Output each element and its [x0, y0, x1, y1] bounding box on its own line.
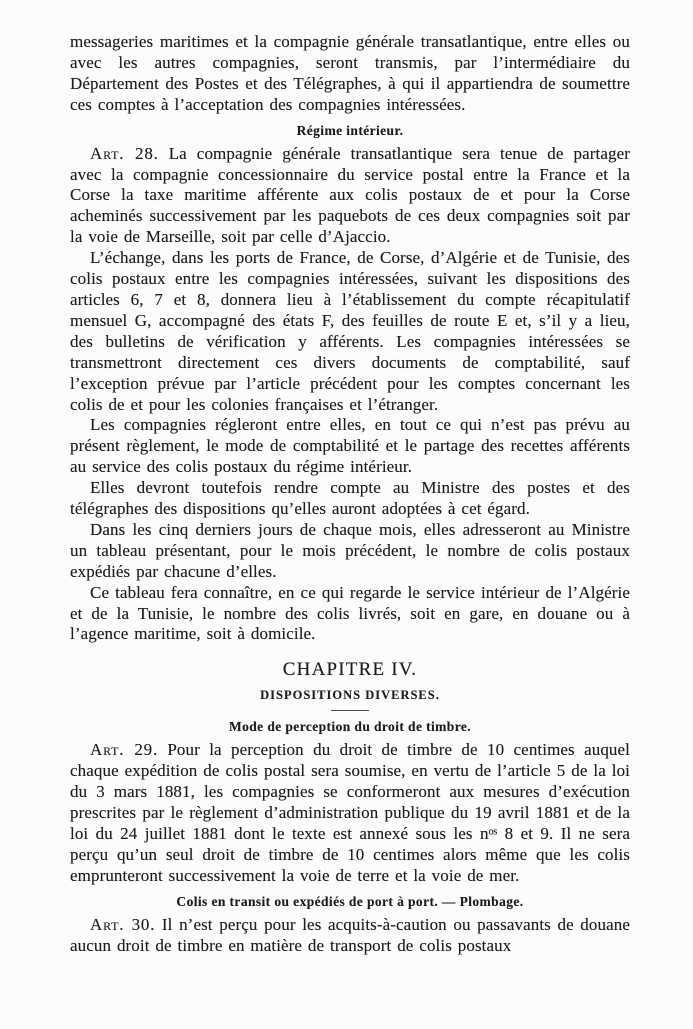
paragraph-echange: L’échange, dans les ports de France, de … — [70, 248, 630, 415]
article-29-label: Art. 29. — [90, 740, 158, 759]
article-28-label: Art. 28. — [90, 144, 159, 163]
paragraph-compagnies-regleront: Les compagnies régleront entre elles, en… — [70, 415, 630, 478]
paragraph-article-29: Art. 29. Pour la perception du droit de … — [70, 740, 630, 886]
paragraph-article-28: Art. 28. La compagnie générale transatla… — [70, 144, 630, 249]
heading-colis-en-transit: Colis en transit ou expédiés de port à p… — [70, 894, 630, 910]
chapter-heading: CHAPITRE IV. — [70, 659, 630, 681]
heading-mode-de-perception: Mode de perception du droit de timbre. — [70, 719, 630, 735]
paragraph-ce-tableau: Ce tableau fera connaître, en ce qui reg… — [70, 583, 630, 646]
paragraph-continuation: messageries maritimes et la compagnie gé… — [70, 32, 630, 116]
paragraph-elles-devront: Elles devront toutefois rendre compte au… — [70, 478, 630, 520]
paragraph-text: messageries maritimes et la compagnie gé… — [70, 32, 630, 114]
paragraph-cinq-derniers-jours: Dans les cinq derniers jours de chaque m… — [70, 520, 630, 583]
paragraph-article-30: Art. 30. Il n’est perçu pour les acquits… — [70, 915, 630, 957]
section-divider-rule — [331, 710, 369, 711]
text-column: messageries maritimes et la compagnie gé… — [70, 32, 630, 957]
heading-regime-interieur: Régime intérieur. — [70, 123, 630, 139]
scanned-document-page: messageries maritimes et la compagnie gé… — [0, 0, 693, 1029]
chapter-subheading: DISPOSITIONS DIVERSES. — [70, 688, 630, 703]
article-30-label: Art. 30. — [90, 915, 155, 934]
article-29-text: Pour la perception du droit de timbre de… — [70, 740, 630, 884]
